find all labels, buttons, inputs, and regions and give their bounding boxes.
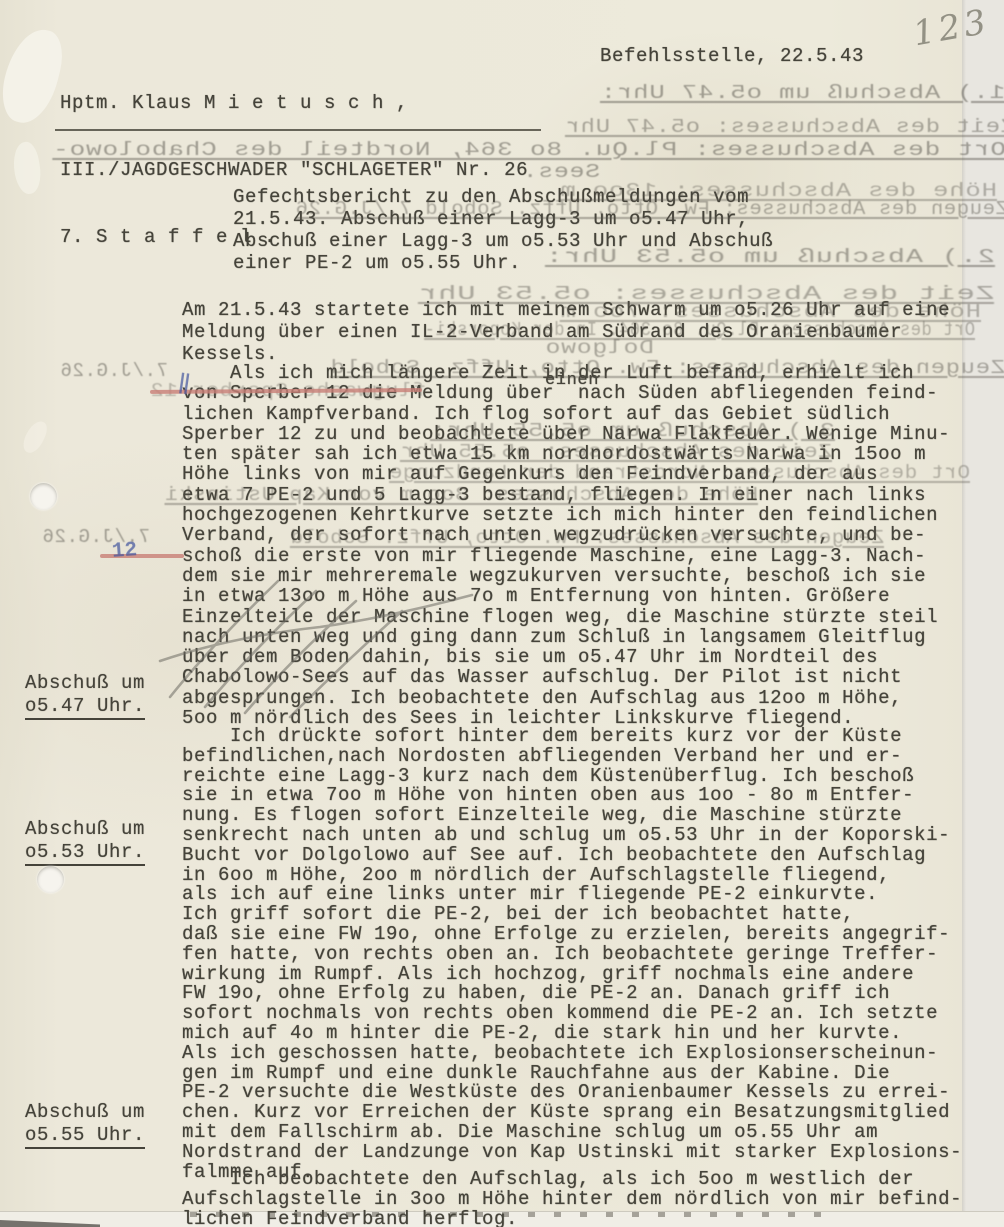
bleedthrough-text: Höhe des Abschusses: 3oo m von Kap Ustin… xyxy=(164,484,758,506)
margin-note-line: Abschuß um xyxy=(25,1101,145,1124)
bleedthrough-text: Dolgowo xyxy=(545,337,654,359)
bleedthrough-text: Zeit des Abschusses: o5.55 Uhr xyxy=(400,441,832,463)
author-name-line: Hptm. Klaus M i e t u s c h , xyxy=(60,92,528,115)
hole-punch xyxy=(37,866,64,893)
bleedthrough-text: Zeugen des Abschusses: Fw. Otto, Uffz. S… xyxy=(290,527,884,549)
margin-note-time: o5.47 Uhr. xyxy=(25,695,145,721)
bleedthrough-text: Zeugen des Abschusses: Fw. Otto, Uffz. S… xyxy=(330,357,1004,379)
body-paragraph: Ich drückte sofort hinter dem bereits ku… xyxy=(182,727,962,1182)
margin-note-time: o5.53 Uhr. xyxy=(25,841,145,867)
paper-tear xyxy=(20,418,50,456)
bleedthrough-text: Ort des Abschusses: Nordstrand der Landz… xyxy=(389,462,970,484)
paper-tear xyxy=(0,23,69,129)
margin-abschuss-note: Abschuß umo5.53 Uhr. xyxy=(25,818,145,866)
bleedthrough-text: Ort des Abschusses: Pl.Qu. 8o 364, Nordt… xyxy=(52,139,1004,161)
header-underline-rule xyxy=(55,129,541,131)
pencil-scribble xyxy=(150,565,490,725)
bleedthrough-text: Ort des Abschusses: Pl.Qu. 8o 364. In de… xyxy=(424,319,975,341)
bleedthrough-text: 2.) Abschuß um o5.53 Uhr: xyxy=(545,246,995,268)
body-paragraph: Ich beobachtete den Aufschlag, als ich 5… xyxy=(182,1170,962,1227)
paper-tear xyxy=(10,140,45,196)
unit-line: III./JAGDGESCHWADER "SCHLAGETER" Nr. 26 xyxy=(60,159,528,182)
bleedthrough-text: Zeit des Abschusses: o5.47 Uhr xyxy=(565,116,1004,138)
margin-abschuss-note: Abschuß umo5.47 Uhr. xyxy=(25,672,145,720)
margin-note-line: Abschuß um xyxy=(25,672,145,695)
bleedthrough-text: 1.) Abschuß um o5.47 Uhr: xyxy=(600,82,1004,104)
scanned-combat-report-page: 123 Hptm. Klaus M i e t u s c h , III./J… xyxy=(0,0,1004,1227)
margin-abschuss-note: Abschuß umo5.55 Uhr. xyxy=(25,1101,145,1149)
bleedthrough-text: 7./J.G.26 xyxy=(60,360,168,382)
margin-note-time: o5.55 Uhr. xyxy=(25,1124,145,1150)
hole-punch xyxy=(30,483,57,510)
margin-note-line: Abschuß um xyxy=(25,818,145,841)
place-date-line: Befehlsstelle, 22.5.43 xyxy=(600,45,864,67)
bleedthrough-text: 3.) Abschuß um o5.55 Uhr: xyxy=(430,420,835,442)
bleedthrough-text: Zeugen des Abschusses: Fw. Otto, Uffz. S… xyxy=(295,198,1004,220)
blue-pencil-mark: 12 xyxy=(111,539,138,564)
